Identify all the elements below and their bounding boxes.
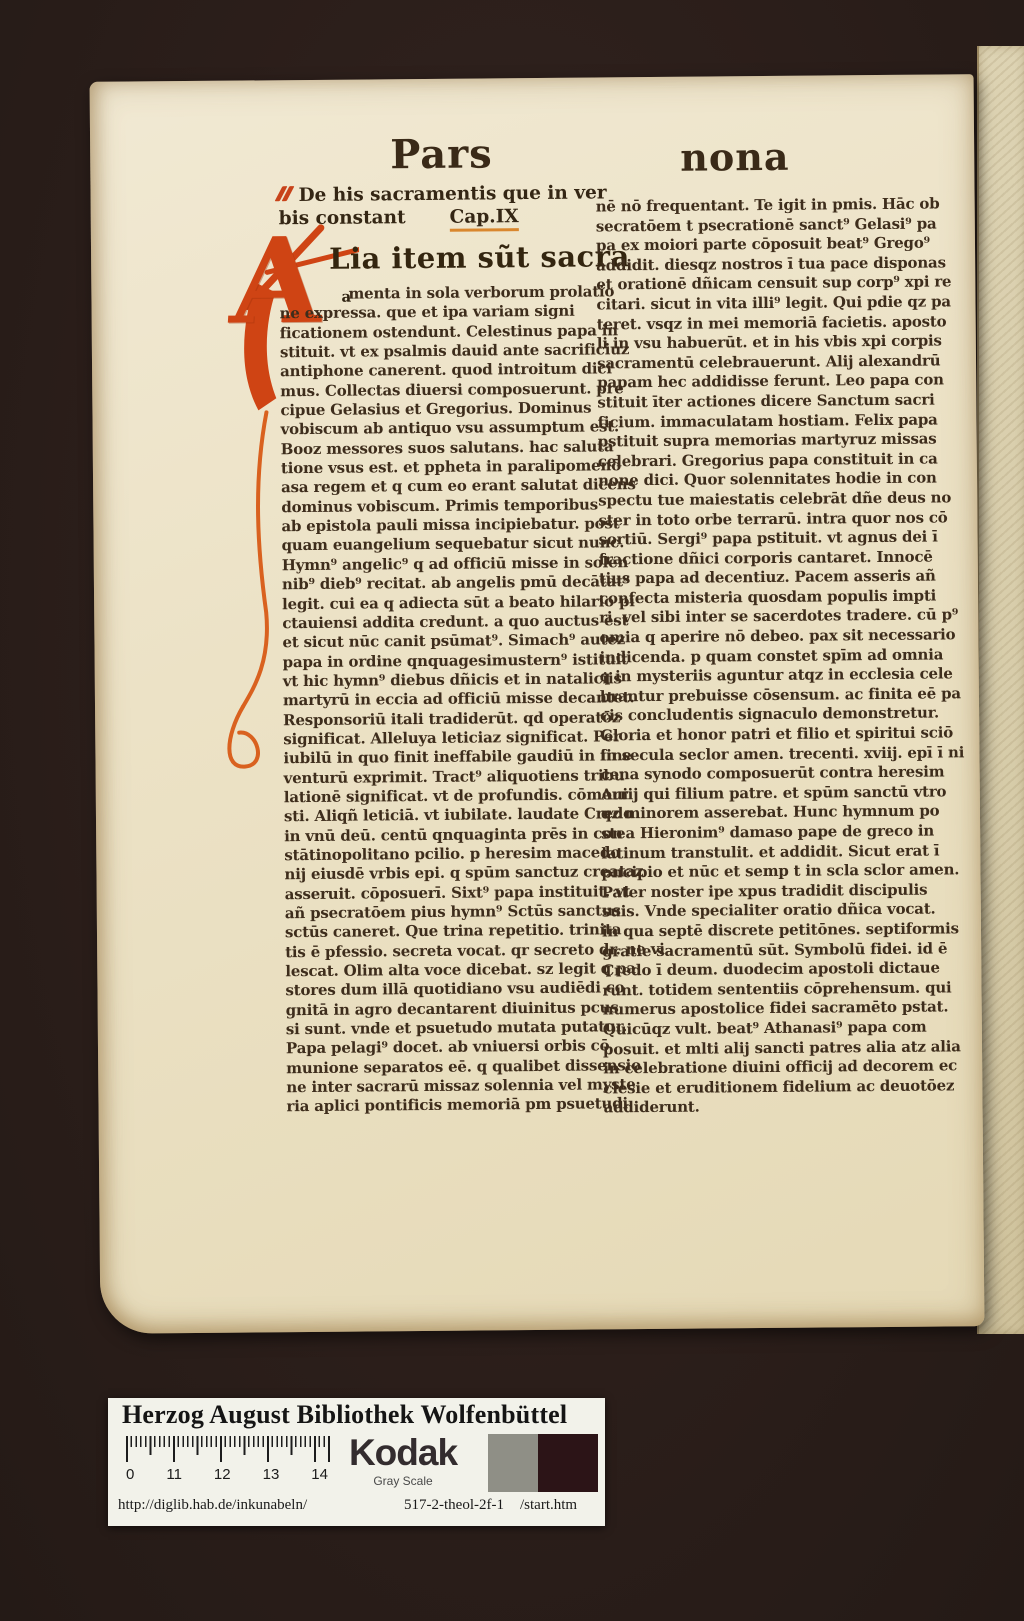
text-line: iubilū in quo finit ineffabile gaudiū in… (283, 747, 599, 769)
text-line: Quicūqz vult. beat⁹ Athanasi⁹ papa com (603, 1018, 919, 1040)
text-line: ster in toto orbe terrarū. intra quor no… (598, 508, 914, 530)
text-line: nij eiusdē vrbis epi. q spūm sanctuz cre… (284, 863, 600, 885)
ruler-number: 11 (166, 1466, 182, 1483)
text-line: quam euangelium sequebatur sicut nunc. (282, 534, 598, 556)
ruler-number: 14 (311, 1466, 328, 1483)
text-line: gratie sacramentū sūt. Symbolū fidei. id… (602, 939, 918, 961)
text-line: spectu tue maiestatis celebrāt dñe deus … (598, 489, 914, 511)
ruler-ticks-icon (126, 1436, 330, 1462)
label-shelfmark: 517-2-theol-2f-1 (404, 1497, 504, 1514)
text-line: martyrū in eccia ad officiū misse decant… (283, 689, 599, 711)
label-url: http://diglib.hab.de/inkunabeln/ (118, 1497, 307, 1514)
text-line: Responsoriū itali tradiderūt. qd operatō… (283, 708, 599, 730)
library-label-title: Herzog August Bibliothek Wolfenbüttel (122, 1400, 567, 1430)
text-line: in secula seclor amen. trecenti. xviij. … (600, 743, 916, 765)
text-line: tius papa ad decentiuz. Pacem asseris añ (599, 567, 915, 589)
running-head-right: nona (680, 134, 790, 180)
text-line: confecta misteria quosdam populis impti (599, 587, 915, 609)
text-line: legit. cui ea q adiecta sūt a beato hila… (282, 592, 598, 614)
text-line: addiderunt. (603, 1096, 919, 1118)
text-line: Papa pelagi⁹ docet. ab vniuersi orbis cō (286, 1037, 602, 1059)
text-line: numerus apostolice fidei sacramēto pstat… (603, 998, 919, 1020)
text-line: Pater noster ipe xpus tradidit discipuli… (602, 880, 918, 902)
text-line: posuit. et mlti alij sancti patres alia … (603, 1037, 919, 1059)
book-page: Pars nona De his sacramentis que in ver … (90, 74, 985, 1334)
text-line: nē nō frequentant. Te igit in pmis. Hāc … (596, 195, 912, 217)
text-line: Credo ī deum. duodecim apostoli dictaue (602, 959, 918, 981)
text-line: pncipio et nūc et semp t in scla sclor a… (601, 861, 917, 883)
text-line: secratōem t psecrationē sanct⁹ Gelasi⁹ p… (596, 214, 912, 236)
text-line: fractione dñici corporis cantaret. Innoc… (599, 547, 915, 569)
text-line: venturū exprimit. Tract⁹ aliquotiens tri… (284, 766, 600, 788)
text-line: ficium. immaculatam hostiam. Felix papa (597, 410, 913, 432)
text-line: li in vsu habuerūt. et in his vbis xpi c… (597, 332, 913, 354)
text-line: clesie et eruditionem fidelium ac deuotō… (603, 1076, 919, 1098)
text-line: sortiū. Sergi⁹ papa pstituit. vt agnus d… (598, 528, 914, 550)
text-line: stea Hieronim⁹ damaso pape de greco in (601, 822, 917, 844)
text-line: antiphone canerent. quod introitum dici (280, 360, 596, 382)
ruler-number: 13 (263, 1466, 280, 1483)
text-line: stituit īter actiones dicere Sanctum sac… (597, 391, 913, 413)
left-text-column: menta in sola verborum prolatione expres… (279, 282, 602, 1117)
text-line: celebrari. Gregorius papa constituit in … (598, 449, 914, 471)
text-line: Arrij qui filium patre. et spūm sanctū v… (601, 783, 917, 805)
text-line: sctūs caneret. Que trina repetitio. trin… (285, 921, 601, 943)
text-line: qz minorem asserebat. Hunc hymnum po (601, 802, 917, 824)
text-line: brantur prebuisse cōsensum. ac finita eē… (600, 685, 916, 707)
chapter-heading-line1: De his sacramentis que in ver (278, 181, 608, 207)
text-line: none dici. Quor solennitates hodie in co… (598, 469, 914, 491)
ruler-numbers: 011121314 (126, 1466, 330, 1483)
text-line: pa ex moiori parte cōposuit beat⁹ Grego⁹ (596, 234, 912, 256)
opening-line: Lia item sũt sacra (329, 239, 630, 276)
library-label: Herzog August Bibliothek Wolfenbüttel 01… (108, 1398, 605, 1526)
photograph-background: Pars nona De his sacramentis que in ver … (0, 0, 1024, 1621)
text-line: indicenda. p quam constet spīm ad omnia (600, 645, 916, 667)
text-line: sacramentū celebrauerunt. Alij alexandrū (597, 351, 913, 373)
text-line: papam hec addidisse ferunt. Leo papa con (597, 371, 913, 393)
text-line: stores dum illā quotidiano vsu audiēdi c… (285, 979, 601, 1001)
text-line: ria aplici pontificis memoriā pm psuetud… (286, 1095, 602, 1117)
text-line: ne expressa. que et ipa variam signi (280, 302, 596, 324)
label-startfile: /start.htm (520, 1497, 577, 1514)
text-line: papa in ordine qnquagesimustern⁹ istitui… (283, 650, 599, 672)
right-text-column: nē nō frequentant. Te igit in pmis. Hāc … (596, 195, 920, 1119)
text-line: in qua septē discrete petitōnes. septifo… (602, 920, 918, 942)
text-line: et sicut nūc canit psūmat⁹. Simach⁹ aute… (282, 631, 598, 653)
text-line: nib⁹ dieb⁹ recitat. ab angelis pmū decāt… (282, 573, 598, 595)
text-line: vobiscum ab antiquo vsu assumptum est. (281, 418, 597, 440)
text-line: Gloria et honor patri et filio et spirit… (600, 724, 916, 746)
gray-scale-label: Gray Scale (340, 1474, 466, 1488)
text-line: in celebratione diuini officij ad decore… (603, 1057, 919, 1079)
next-page-edge (977, 46, 1024, 1334)
kodak-block: Kodak Gray Scale (340, 1434, 466, 1488)
text-line: q in mysteriis aguntur atqz in ecclesia … (600, 665, 916, 687)
text-line: sti. Aliqñ leticiā. vt iubilate. laudate… (284, 805, 600, 827)
chapter-number: Cap.IX (449, 206, 518, 232)
text-line: et orationē dñicam censuit sup corp⁹ xpi… (596, 273, 912, 295)
text-line: teret. vsqz in mei memoriā facietis. apo… (597, 312, 913, 334)
ruler-number: 12 (214, 1466, 231, 1483)
text-line: asa regem et q cum eo erant salutat dice… (281, 476, 597, 498)
text-line: cena synodo composuerūt contra heresim (601, 763, 917, 785)
text-line: cis concludentis signaculo demonstretur. (600, 704, 916, 726)
text-line: suis. Vnde specialiter oratio dñica voca… (602, 900, 918, 922)
text-line: addidit. diesqz nostros ī tua pace dispo… (596, 253, 912, 275)
text-line: latinum transtulit. et addidit. Sicut er… (601, 841, 917, 863)
text-line: ri. vel sibi inter se sacerdotes tradere… (599, 606, 915, 628)
running-head-left: Pars (390, 130, 493, 178)
text-line: omia q aperire nō debeo. pax sit necessa… (599, 626, 915, 648)
chapter-heading-text1: De his sacramentis que in ver (298, 182, 606, 206)
ruler: 011121314 (126, 1436, 330, 1488)
kodak-wordmark: Kodak (340, 1434, 466, 1471)
gray-scale-patch (488, 1434, 538, 1492)
text-line: citari. sicut in vita illi⁹ legit. Qui p… (596, 293, 912, 315)
ruler-number: 0 (126, 1466, 134, 1483)
dark-scale-patch (538, 1434, 598, 1492)
text-line: runt. totidem sententiis cōprehensum. qu… (602, 978, 918, 1000)
text-line: pstituit supra memorias martyruz missas (598, 430, 914, 452)
